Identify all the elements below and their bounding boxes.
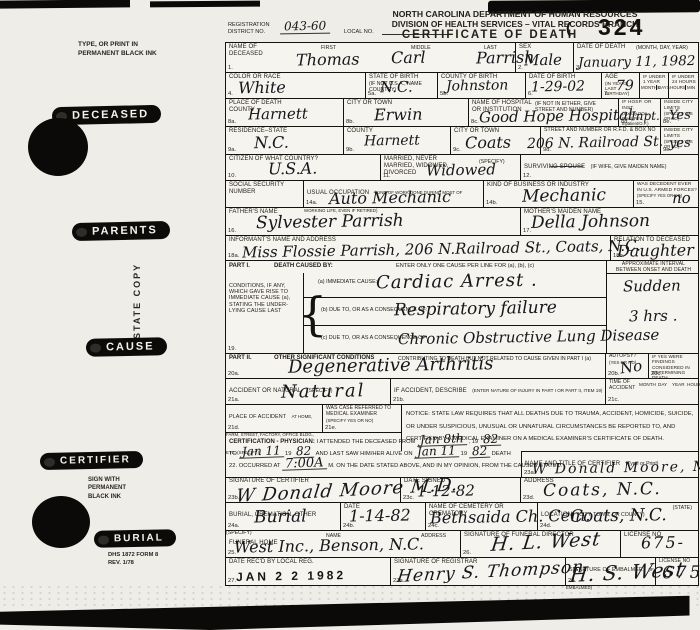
field-number: 22.	[229, 463, 237, 469]
label-accident-describe: IF ACCIDENT, DESCRIBE	[391, 387, 468, 394]
sublabel-surviving-spouse: (IF WIFE, GIVE MAIDEN NAME)	[591, 164, 667, 170]
field-surviving-spouse: SURVIVING SPOUSE (IF WIFE, GIVE MAIDEN N…	[521, 155, 698, 181]
field-number: 8c.	[471, 119, 479, 125]
field-marital-status: MARRIED, NEVER MARRIED, WIDOWED, DIVORCE…	[381, 155, 521, 181]
field-number: 15.	[636, 200, 644, 206]
value-last-saw-alive-year: 82	[469, 446, 491, 457]
label-year: YEAR	[672, 382, 685, 387]
value-immediate-cause: Cardiac Arrest .	[376, 270, 538, 294]
label-day: DAY	[658, 382, 667, 387]
value-citizen: U.S.A.	[268, 159, 318, 179]
field-place-of-accident: PLACE OF ACCIDENT AT HOME, FARM, STREET,…	[226, 405, 323, 433]
stamp-burial: BURIAL	[94, 529, 176, 548]
field-ssn: SOCIAL SECURITY NUMBER	[226, 181, 304, 208]
field-residence-county: COUNTY 9b. Harnett	[344, 127, 451, 155]
type-note: TYPE, OR PRINT IN PERMANENT BLACK INK	[78, 40, 170, 58]
field-father-name: FATHER'S NAME 16. Sylvester Parrish	[226, 208, 521, 236]
field-number: 21d.	[228, 425, 239, 431]
label-date-received: DATE REC'D BY LOCAL REG.	[226, 558, 390, 566]
field-number: 20b.	[608, 371, 619, 377]
field-number: 1.	[228, 65, 233, 71]
value-middle-name: Carl	[391, 48, 426, 68]
ink-blob-2	[32, 496, 90, 548]
field-armed-forces: WAS DECEDENT EVER IN U.S. ARMED FORCES? …	[634, 181, 698, 208]
label-time-of-accident: TIME OF ACCIDENT	[606, 379, 640, 392]
value-residence-state: N.C.	[254, 133, 289, 153]
value-embalmer-license: 675	[662, 563, 700, 584]
field-number: 17.	[523, 228, 531, 234]
field-autopsy-findings: IF YES WERE FINDINGS CONSIDERED IN DETER…	[649, 353, 698, 379]
field-name-of-deceased: NAME OF DECEASED FIRST MIDDLE LAST 1. Th…	[226, 43, 516, 73]
field-embalmer-signature: SIGNATURE OF EMBALMER (IF EMBALMED) 28. …	[566, 558, 656, 585]
field-certifier-name: NAME AND TITLE OF CERTIFIER (Type or Pri…	[521, 451, 698, 477]
field-residence-city-limits: INSIDE CITY LIMITS (SPECIFY YES OR NO) 9…	[661, 127, 698, 155]
stamp-parents: PARENTS	[72, 221, 170, 241]
field-number: 9a.	[228, 147, 236, 153]
value-mother-name: Della Johnson	[531, 211, 650, 233]
value-county-of-birth: Johnston	[446, 77, 509, 94]
label-month: MONTH	[639, 382, 656, 387]
value-funeral-director-signature: H. L. West	[490, 528, 603, 556]
field-number: 9c.	[453, 147, 461, 153]
stamp-cause: CAUSE	[86, 337, 167, 357]
field-if-under-24-hours: IF UNDER 24 HOURS HOURS MIN	[669, 73, 698, 99]
field-mother-name: MOTHER'S MAIDEN NAME 17. Della Johnson	[521, 208, 698, 236]
interval-divider	[607, 273, 699, 274]
value-cemetery: Bethsaida Ch. Cem.	[430, 506, 591, 528]
field-date-of-birth: DATE OF BIRTH 6. 1-29-02	[526, 73, 602, 99]
value-relation: Daughter	[617, 240, 694, 260]
value-residence-city: Coats	[465, 133, 511, 153]
cause-a-line	[304, 297, 606, 298]
value-funeral-home: West Inc., Benson, N.C.	[234, 534, 424, 556]
sublabel-accident-describe: (ENTER NATURE OF INJURY IN PART I OR PAR…	[472, 388, 602, 393]
label-if-under-24-hours: IF UNDER 24 HOURS	[669, 73, 698, 85]
value-residence-city-limits: yes	[669, 136, 691, 151]
field-number: 23d.	[523, 495, 534, 501]
value-place-city-limits: Yes	[669, 108, 691, 123]
label-if-under-1-year: IF UNDER 1 YEAR	[640, 73, 668, 85]
value-date-received-stamp: JAN 2 2 1982	[236, 568, 346, 584]
field-occupation: USUAL OCCUPATION (KIND OF WORK DONE DURI…	[304, 181, 484, 208]
label-days: DAYS	[656, 85, 670, 90]
field-time-of-accident: TIME OF ACCIDENT MONTH DAY YEAR HOUR 21c…	[606, 379, 698, 405]
label-name-of-deceased: NAME OF DECEASED	[226, 43, 275, 58]
field-state-of-birth: STATE OF BIRTH (IF NOT U.S.A., NAME COUN…	[366, 73, 438, 99]
label-last-saw-alive: AND LAST SAW HIM/HER ALIVE ON	[316, 451, 413, 457]
field-number: 21e.	[325, 425, 336, 431]
sublabel-date-of-death: (MONTH, DAY, YEAR)	[636, 45, 688, 51]
value-director-license: 675-	[641, 533, 685, 553]
form-number-note: DHS 1872 FORM 8 REV. 1/78	[108, 551, 163, 567]
label-min: MIN	[685, 85, 695, 90]
field-number: 10.	[228, 173, 236, 179]
scan-smudge-top-left	[0, 0, 130, 9]
field-number: 21b.	[393, 397, 404, 403]
label-referred-to-me: WAS CASE REFERRED TO MEDICAL EXAMINER	[323, 405, 401, 418]
value-date-of-death: January 11, 1982	[578, 53, 696, 71]
conditions-note-cell: CONDITIONS, IF ANY, WHICH GAVE RISE TO I…	[226, 273, 304, 353]
value-attended-to: Jan 11	[238, 446, 283, 458]
registration-district-label: REGISTRATION DISTRICT NO.	[228, 22, 283, 35]
field-color-or-race: COLOR OR RACE 4. White	[226, 73, 366, 99]
field-county-of-birth: COUNTY OF BIRTH 5b. Johnston	[438, 73, 526, 99]
sign-note: SIGN WITH PERMANENT BLACK INK	[88, 476, 148, 501]
value-hospital-type: Inpt.	[631, 109, 660, 124]
value-sex: Male	[524, 51, 562, 70]
value-interval-b: 3 hrs .	[629, 307, 678, 326]
field-director-license: LICENSE NO 675-	[621, 531, 698, 558]
value-burial-type: Burial	[254, 507, 307, 528]
field-cemetery: NAME OF CEMETERY OR CREMATORY 24c. Beths…	[426, 503, 538, 531]
field-burial-date: DATE 24b. 1-14-82	[341, 503, 426, 531]
stamp-certifier: CERTIFIER	[40, 451, 143, 470]
field-number: 11.	[383, 173, 391, 179]
field-number: 26.	[463, 550, 471, 556]
label-funeral-home-address: ADDRESS	[421, 533, 446, 539]
value-interval-a: Sudden	[623, 276, 681, 295]
label-death-word: DEATH	[492, 451, 511, 457]
value-date-of-birth: 1-29-02	[531, 79, 585, 96]
value-surviving-spouse: ———	[549, 159, 582, 175]
value-other-significant: Degenerative Arthritis	[288, 353, 494, 378]
sublabel-referred-to-me: (SPECIFY YES OR NO)	[323, 418, 401, 423]
label-ssn: SOCIAL SECURITY NUMBER	[226, 181, 303, 196]
certificate-number: 324	[598, 14, 645, 41]
field-date-of-death: DATE OF DEATH (MONTH, DAY, YEAR) 3. Janu…	[574, 43, 698, 73]
part2-cell: PART II. OTHER SIGNIFICANT CONDITIONS CO…	[226, 353, 606, 379]
value-father-name: Sylvester Parrish	[256, 211, 404, 234]
field-if-under-1-year: IF UNDER 1 YEAR MONTHS DAYS	[640, 73, 669, 99]
field-number: 12.	[523, 173, 531, 179]
label-hour: HOUR	[687, 382, 700, 387]
field-registrar-signature: SIGNATURE OF REGISTRAR 27a. Henry S. Tho…	[391, 558, 566, 585]
ink-blob-1	[28, 118, 88, 176]
label-19c: 19	[461, 451, 467, 457]
label-residence-street: STREET AND NUMBER OR R.F.D. & BOX NO	[541, 127, 660, 134]
value-place-county: Harnett	[248, 104, 308, 123]
field-number: 16.	[228, 228, 236, 234]
value-hospital: Good Hope Hospital	[479, 106, 633, 127]
death-certificate-page: TYPE, OR PRINT IN PERMANENT BLACK INK DE…	[0, 0, 700, 630]
field-place-city-limits: INSIDE CITY LIMITS (SPECIFY YES OR NO) 8…	[661, 99, 698, 127]
label-death-caused-by: DEATH CAUSED BY:	[274, 263, 333, 269]
field-number: 24a.	[228, 523, 239, 529]
field-number: 19.	[228, 346, 236, 352]
field-citizen: CITIZEN OF WHAT COUNTRY? 10. U.S.A.	[226, 155, 381, 181]
value-due-to-b: Respiratory failure	[394, 298, 557, 321]
cause-b-line	[304, 325, 606, 326]
label-to: TO	[229, 451, 237, 457]
label-part1: PART I.	[229, 263, 250, 269]
value-date-signed: 1-12-82	[417, 481, 475, 500]
field-number: 5a.	[368, 91, 376, 97]
field-number: 9b.	[346, 147, 354, 153]
field-funeral-home: FUNERAL HOME NAME ADDRESS 25. West Inc.,…	[226, 531, 461, 558]
field-number: 20a.	[228, 371, 239, 377]
field-funeral-director-signature: SIGNATURE OF FUNERAL DIRECTOR 26. H. L. …	[461, 531, 621, 558]
field-number: 20c.	[651, 371, 662, 377]
field-referred-to-me: WAS CASE REFERRED TO MEDICAL EXAMINER (S…	[323, 405, 401, 433]
field-number: 21c.	[608, 397, 619, 403]
header-title: CERTIFICATE OF DEATH	[360, 29, 620, 41]
field-residence-state: RESIDENCE–STATE 9a. N.C.	[226, 127, 344, 155]
value-age: 79	[616, 78, 634, 94]
certificate-number-mark: (	[566, 20, 571, 37]
value-residence-street: 206 N. Railroad St.	[527, 134, 663, 152]
value-race: White	[238, 78, 286, 98]
value-state-of-birth: N.C.	[380, 78, 413, 97]
value-industry: Mechanic	[522, 185, 606, 206]
label-immediate-cause: (a) IMMEDIATE CAUSE:	[318, 279, 377, 285]
field-autopsy: AUTOPSY? (YES OR NO) 20b. No	[606, 353, 649, 379]
sublabel-burial-location-state: (STATE)	[673, 505, 692, 511]
field-certifier-address: ADDRESS 23d. Coats, N.C.	[521, 477, 698, 503]
label-part2: PART II.	[229, 355, 252, 361]
field-hospital: NAME OF HOSPITAL OR INSTITUTION (IF NOT …	[469, 99, 619, 127]
field-number: 21a.	[228, 397, 239, 403]
field-number: 8a.	[228, 119, 236, 125]
label-occurred-at: OCCURRED AT	[239, 463, 281, 469]
certification-block: CERTIFICATION - PHYSICIAN: I ATTENDED TH…	[226, 433, 521, 477]
field-number: 7.	[604, 91, 609, 97]
brace-glyph: {	[298, 287, 327, 341]
value-certifier-address: Coats, N.C.	[543, 479, 662, 501]
value-time-of-death: 7:00A	[282, 458, 327, 471]
label-hours: HOURS	[670, 85, 686, 90]
field-residence-street: STREET AND NUMBER OR R.F.D. & BOX NO 9d.…	[541, 127, 661, 155]
value-burial-location: Coats, N.C.	[570, 505, 667, 527]
field-place-city: CITY OR TOWN 8b. Erwin	[344, 99, 469, 127]
value-occupation: Auto Mechanic	[329, 187, 451, 208]
label-attended-from: I ATTENDED THE DECEASED FROM	[317, 439, 416, 445]
field-number: 14b.	[486, 200, 497, 206]
registration-district-value: 043-60	[280, 19, 330, 35]
field-certifier-signature: SIGNATURE OF CERTIFIER 23b. W Donald Moo…	[226, 477, 401, 503]
value-accident-or-natural: Natural	[281, 380, 366, 402]
value-certifier-name: W Donald Moore, M.D.	[532, 458, 700, 478]
value-place-city: Erwin	[374, 105, 423, 125]
field-industry: KIND OF BUSINESS OR INDUSTRY 14b. Mechan…	[484, 181, 634, 208]
value-residence-county: Harnett	[364, 133, 420, 150]
field-date-received: DATE REC'D BY LOCAL REG. 27. JAN 2 2 198…	[226, 558, 391, 585]
label-approximate-interval: APPROXIMATE INTERVAL BETWEEN ONSET AND D…	[607, 261, 698, 274]
value-armed-forces: no	[672, 189, 691, 207]
field-accident-or-natural: ACCIDENT OR NATURAL (SPECIFY) 21a. Natur…	[226, 379, 391, 405]
field-place-of-death-county: PLACE OF DEATH COUNTY 8a. Harnett	[226, 99, 344, 127]
field-age: AGE (IN YEARS LAST BIRTHDAY) 7. 79	[602, 73, 640, 99]
state-copy-label: STATE COPY	[132, 243, 142, 339]
value-marital-status: Widowed	[426, 160, 496, 179]
label-conditions-note: CONDITIONS, IF ANY, WHICH GAVE RISE TO I…	[226, 273, 292, 314]
field-number: 14a.	[306, 200, 317, 206]
scan-smudge-top-left-2	[150, 1, 260, 8]
field-number: 18a.	[228, 253, 239, 259]
label-one-cause-per-line: ENTER ONLY ONE CAUSE PER LINE FOR (a), (…	[396, 263, 534, 269]
label-place-of-accident: PLACE OF ACCIDENT	[226, 413, 287, 420]
field-number: 8b.	[346, 119, 354, 125]
field-number: 4.	[228, 91, 233, 97]
certificate-form: NAME OF DECEASED FIRST MIDDLE LAST 1. Th…	[225, 42, 699, 586]
field-burial-type: BURIAL, CREMATION, OTHER (SPECIFY) 24a. …	[226, 503, 341, 531]
value-first-name: Thomas	[296, 49, 360, 69]
field-accident-describe: IF ACCIDENT, DESCRIBE (ENTER NATURE OF I…	[391, 379, 606, 405]
value-burial-date: 1-14-82	[349, 505, 411, 525]
value-autopsy: No	[619, 357, 643, 378]
value-last-saw-alive: Jan 11	[414, 446, 459, 458]
field-informant: INFORMANT'S NAME AND ADDRESS 18a. Miss F…	[226, 236, 611, 261]
